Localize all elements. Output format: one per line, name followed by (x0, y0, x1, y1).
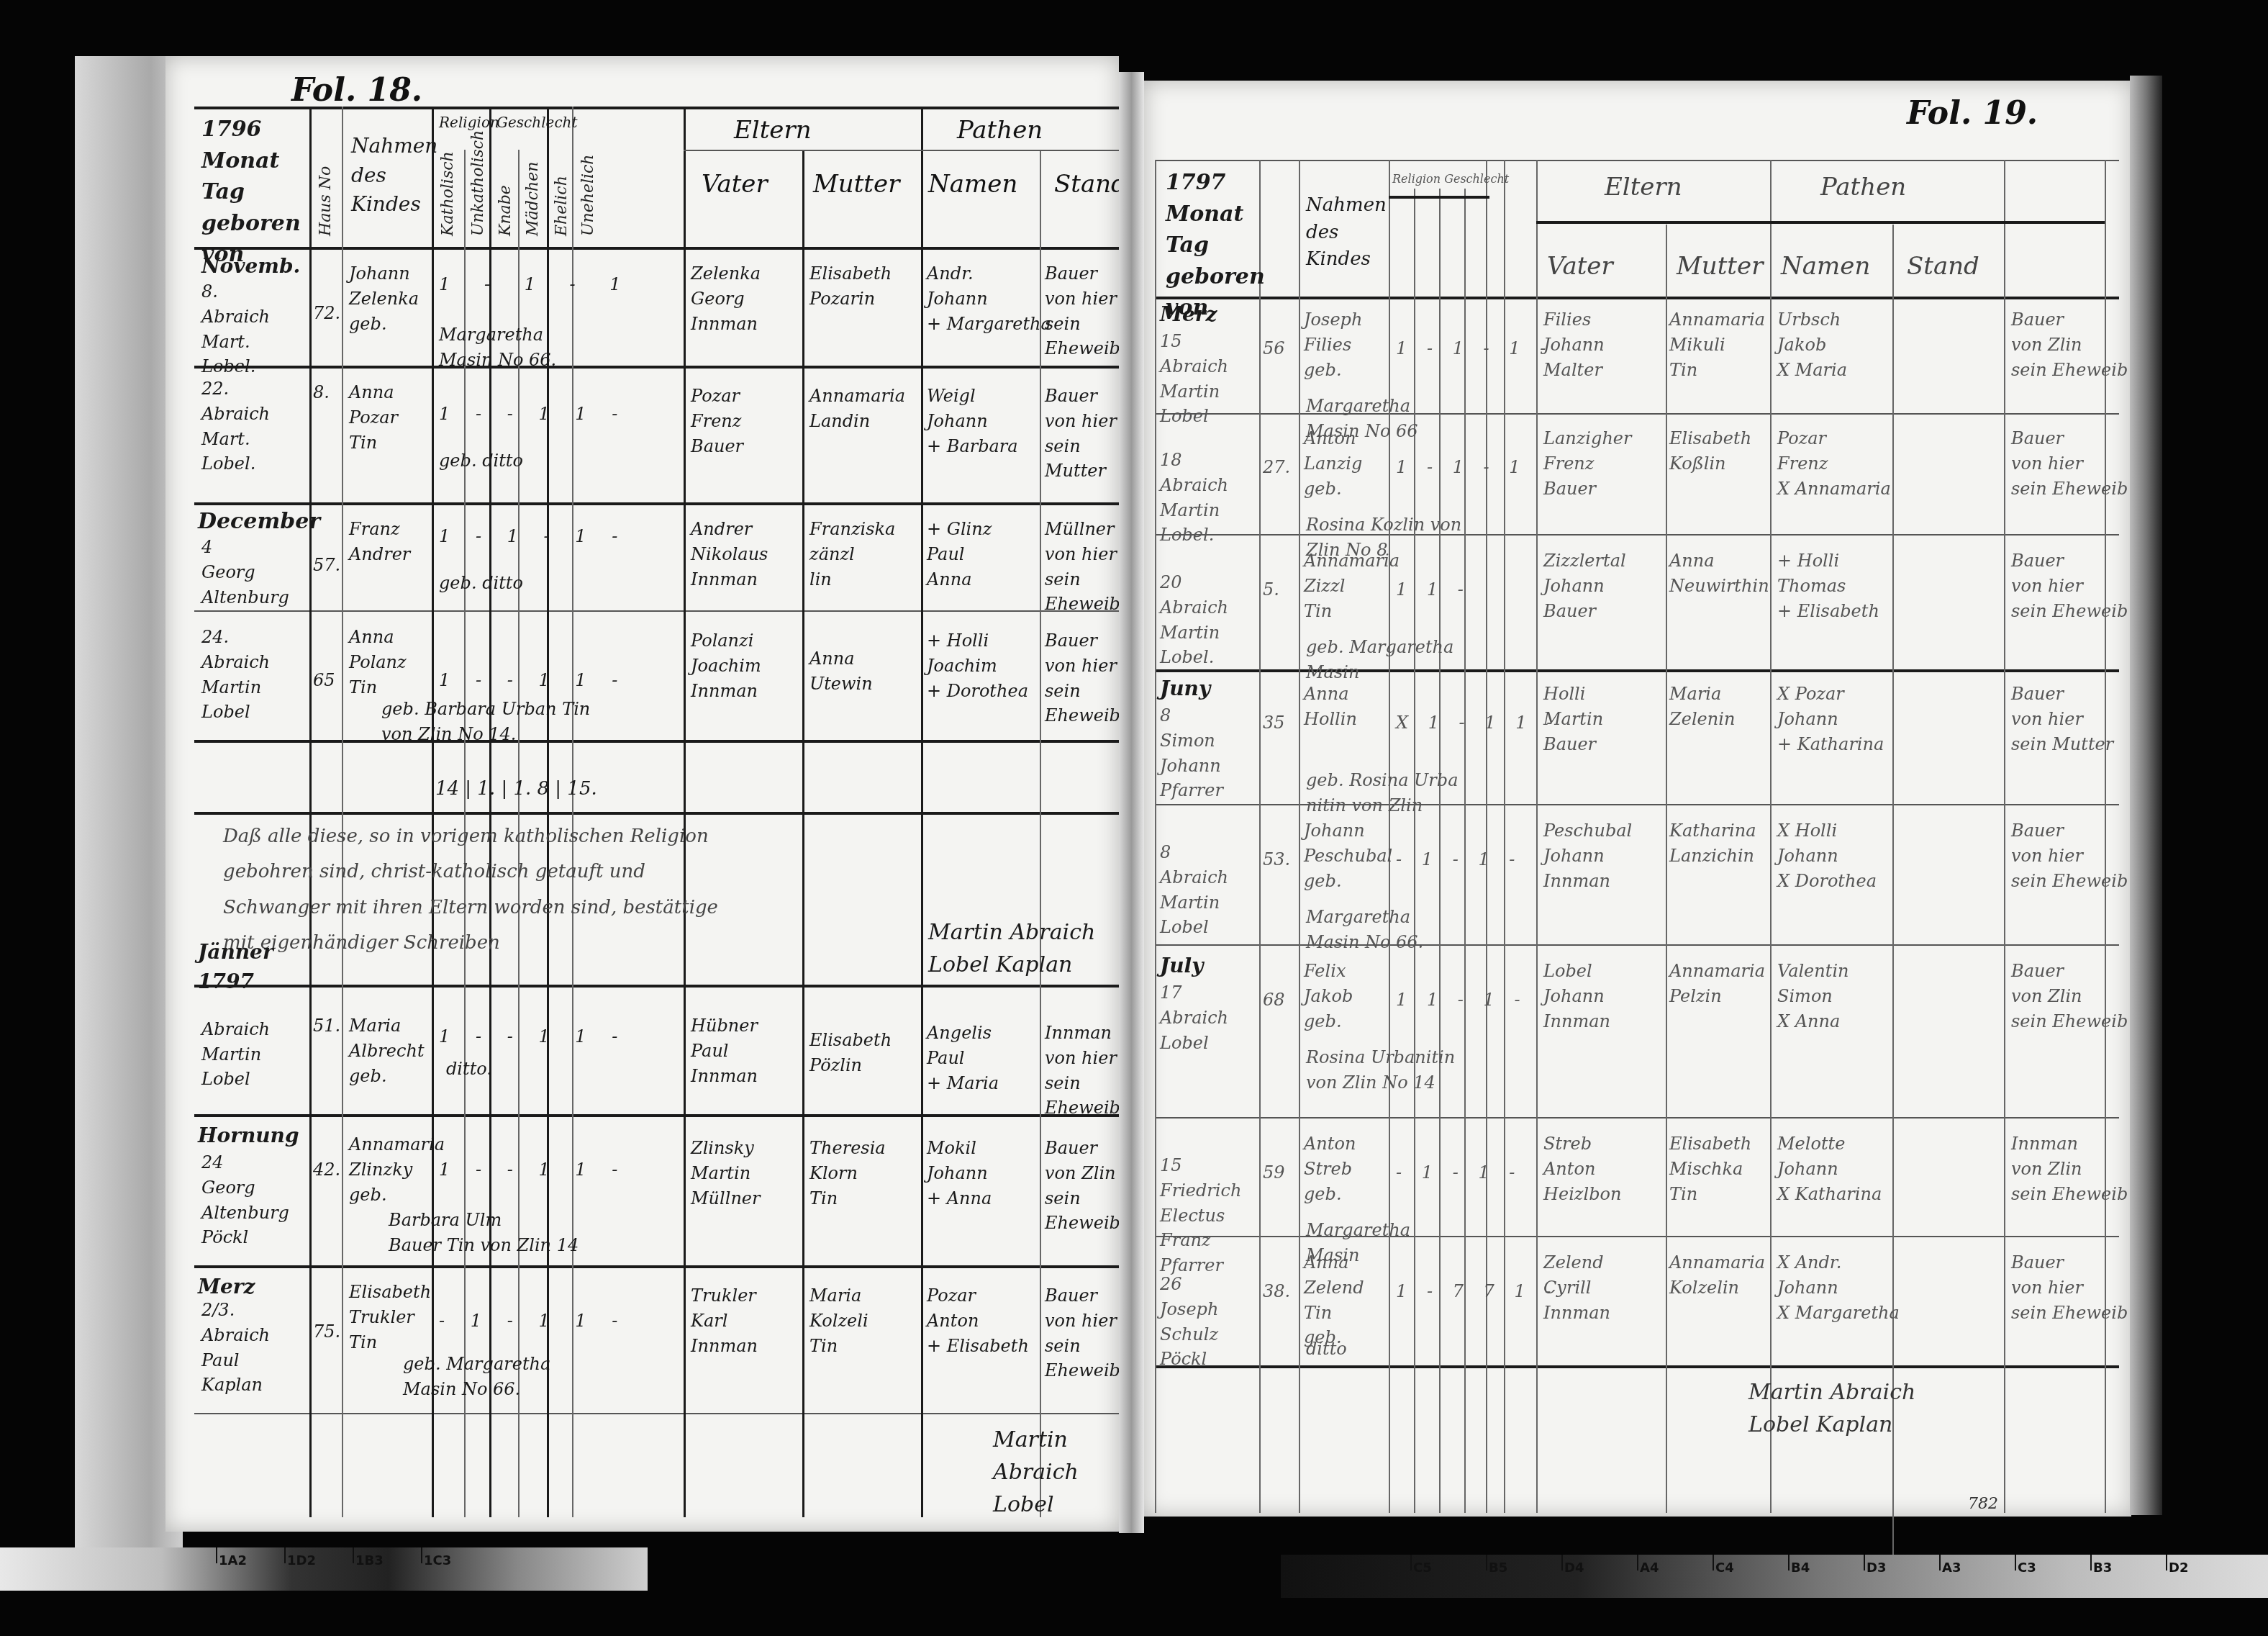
scale-tick (1410, 1555, 1412, 1571)
entry-house: 72. (313, 301, 340, 326)
entry-gp-name: X Andr. Johann X Margaretha (1777, 1250, 1900, 1325)
entry-child: Annamaria Zlinzky geb. (349, 1132, 445, 1207)
scale-label: 1D2 (287, 1553, 316, 1568)
entry-date: 4 Georg Altenburg (201, 535, 289, 610)
month-label: July (1160, 952, 1204, 981)
month-label: December (198, 506, 320, 538)
scale-label: D3 (1866, 1560, 1886, 1576)
month-label: Jänner 1797 (198, 938, 273, 996)
entry-remark: Margaretha Masin No 66. (1306, 905, 1423, 955)
entry-house: 27. (1263, 455, 1290, 480)
entry-mother: Anna Neuwirthin (1669, 548, 1769, 599)
entry-father: Zelenka Georg Innman (691, 261, 761, 336)
godparents-header: Pathen (957, 117, 1043, 144)
entry-father: Zizzlertal Johann Bauer (1543, 548, 1626, 623)
entry-date: 18 Abraich Martin Lobel. (1160, 448, 1228, 548)
entry-child: Elisabeth Trukler Tin (349, 1280, 431, 1355)
bottom-signature: Martin Abraich Lobel Kaplan (1748, 1376, 1915, 1441)
entry-remark: Barbara Ulm Bauer Tin von Zlin 14 (389, 1208, 579, 1258)
entry-gp-status: Bauer von hier sein Eheweib (1045, 261, 1120, 361)
entry-mother: Franziska zänzl lin (809, 517, 895, 592)
entry-mother: Maria Zelenin (1669, 682, 1735, 732)
entry-father: Zelend Cyrill Innman (1543, 1250, 1610, 1325)
month-label: Merz (1160, 300, 1217, 330)
scale-label: C4 (1715, 1560, 1734, 1576)
scale-label: B5 (1489, 1560, 1507, 1576)
gp-name-header: Namen (928, 171, 1017, 198)
parents-header: Eltern (1605, 174, 1682, 201)
entry-marks: - 1 - 1 - (1396, 1160, 1522, 1185)
girl-header: Mädchen (524, 157, 542, 236)
entry-father: Streb Anton Heizlbon (1543, 1131, 1621, 1206)
entry-marks: 1 - - 1 1 - (439, 668, 627, 693)
entry-mother: Annamaria Pelzin (1669, 959, 1765, 1009)
scale-label: D2 (2169, 1560, 2188, 1576)
entry-marks: 1 - 1 - 1 - (439, 524, 627, 549)
scale-label: C5 (1413, 1560, 1432, 1576)
entry-date: 15 Friedrich Electus Franz Pfarrer (1160, 1153, 1241, 1278)
entry-mother: Elisabeth Mischka Tin (1669, 1131, 1751, 1206)
scale-tick (216, 1547, 217, 1563)
entry-date: 22. Abraich Mart. Lobel. (201, 376, 270, 476)
entry-gp-status: Bauer von hier sein Eheweib (1045, 628, 1120, 728)
folio-number: Fol. 19. (1907, 95, 2038, 132)
entry-gp-name: Urbsch Jakob X Maria (1777, 307, 1847, 382)
entry-house: 5. (1263, 577, 1279, 602)
scale-tick (1864, 1555, 1865, 1571)
entry-marks: 1 - 7 7 1 - (1396, 1279, 1558, 1304)
scale-label: D4 (1564, 1560, 1584, 1576)
entry-date: 8 Abraich Martin Lobel (1160, 840, 1228, 940)
scale-label: B4 (1791, 1560, 1810, 1576)
left-page: Fol. 18. 1796 Monat Tag geboren von Haus… (165, 56, 1119, 1532)
entry-mother: Elisabeth Pözlin (809, 1028, 892, 1078)
page-edge (2130, 76, 2162, 1515)
scale-bar-right: C5B5D4A4C4B4D3A3C3B3D2 (1281, 1555, 2268, 1598)
entry-child: Johann Zelenka geb. (349, 261, 419, 336)
entry-marks: 1 1 - 1 - (1396, 988, 1528, 1013)
entry-remark: ditto. (446, 1057, 492, 1082)
entry-house: 53. (1263, 847, 1290, 872)
scale-tick (1561, 1555, 1563, 1571)
entry-mother: Annamaria Kolzelin (1669, 1250, 1765, 1301)
house-column-header: Haus No (317, 121, 335, 236)
entry-father: Holli Martin Bauer (1543, 682, 1603, 756)
scale-tick (284, 1547, 286, 1563)
entry-child: Maria Albrecht geb. (349, 1013, 425, 1088)
entry-gp-status: Bauer von hier sein Eheweib (2011, 548, 2128, 623)
entry-gp-status: Bauer von Zlin sein Eheweib (2011, 959, 2128, 1034)
entry-child: Anton Streb geb. (1304, 1131, 1356, 1206)
entry-house: 75. (313, 1319, 340, 1344)
entry-gp-name: X Pozar Johann + Katharina (1777, 682, 1884, 756)
entry-date: 24 Georg Altenburg Pöckl (201, 1150, 289, 1250)
entry-house: 68 (1263, 988, 1285, 1013)
entry-gp-name: Andr. Johann + Margaretha (927, 261, 1051, 336)
entry-date: 8 Simon Johann Pfarrer (1160, 703, 1223, 803)
godparents-header: Pathen (1820, 174, 1906, 201)
scale-tick (2015, 1555, 2016, 1571)
gp-name-header: Namen (1781, 253, 1870, 280)
entry-gp-name: Pozar Anton + Elisabeth (927, 1283, 1029, 1358)
entry-gp-name: Mokil Johann + Anna (927, 1136, 992, 1211)
entry-gp-status: Bauer von hier sein Eheweib (1045, 1283, 1120, 1383)
scale-label: A4 (1640, 1560, 1659, 1576)
entry-gp-status: Bauer von Zlin sein Eheweib (1045, 1136, 1120, 1236)
entry-father: Peschubal Johann Innman (1543, 818, 1632, 893)
entry-father: Filies Johann Malter (1543, 307, 1605, 382)
right-page: Fol. 19. 1797 Monat Tag geboren von Nahm… (1144, 81, 2131, 1517)
entry-marks: 1 - - 1 1 - (439, 402, 627, 427)
entry-house: 57. (313, 553, 340, 578)
entry-father: Pozar Frenz Bauer (691, 384, 743, 458)
entry-marks: - 1 - 1 1 - (439, 1309, 627, 1334)
entry-gp-status: Bauer von hier sein Mutter (2011, 682, 2113, 756)
entry-child: Felix Jakob geb. (1304, 959, 1353, 1034)
father-header: Vater (1547, 253, 1613, 280)
child-name-header: Nahmen des Kindes (1306, 192, 1387, 274)
entry-mother: Theresia Klorn Tin (809, 1136, 886, 1211)
entry-gp-status: Müllner von hier sein Eheweib (1045, 517, 1120, 617)
scale-tick (1637, 1555, 1638, 1571)
page-gutter (1119, 72, 1144, 1533)
entry-gp-status: Bauer von Zlin sein Eheweib (2011, 307, 2128, 382)
gp-status-header: Stand (1054, 171, 1127, 198)
entry-house: 38. (1263, 1279, 1290, 1304)
entry-gp-status: Bauer von hier sein Eheweib (2011, 1250, 2128, 1325)
month-label: Hornung (198, 1121, 299, 1151)
religion-header: Religion Geschlecht (1392, 171, 1509, 187)
entry-mother: Maria Kolzeli Tin (809, 1283, 868, 1358)
entry-remark: geb. Margaretha Masin No 66. (403, 1352, 550, 1402)
mother-header: Mutter (813, 171, 899, 198)
date-column-header: 1796 Monat Tag geboren von (201, 114, 301, 271)
entry-gp-name: X Holli Johann X Dorothea (1777, 818, 1877, 893)
entry-marks: 1 1 - (1396, 577, 1471, 602)
mother-header: Mutter (1677, 253, 1763, 280)
entry-house: 59 (1263, 1160, 1285, 1185)
entry-gp-status: Bauer von hier sein Eheweib (2011, 818, 2128, 893)
entry-house: 65 (313, 668, 335, 693)
scale-tick (421, 1547, 422, 1563)
entry-mother: Annamaria Mikuli Tin (1669, 307, 1765, 382)
entry-remark: geb. ditto (439, 448, 523, 474)
entry-remark: geb. Rosina Urba nitin von Zlin (1306, 768, 1458, 818)
entry-marks: 1 - 1 - 1 (1396, 455, 1528, 480)
parents-header: Eltern (734, 117, 812, 144)
scale-tick (2090, 1555, 2092, 1571)
entry-gp-status: Bauer von hier sein Eheweib (2011, 426, 2128, 501)
entry-gp-name: + Holli Thomas + Elisabeth (1777, 548, 1879, 623)
entry-gp-name: Pozar Frenz X Annamaria (1777, 426, 1891, 501)
entry-gp-status: Innman von Zlin sein Eheweib (2011, 1131, 2128, 1206)
closing-signature: Martin Abraich Lobel Kaplan (928, 916, 1095, 981)
entry-mother: Elisabeth Koßlin (1669, 426, 1751, 476)
entry-marks: - 1 - 1 - (1396, 847, 1522, 872)
entry-gp-status: Bauer von hier sein Mutter (1045, 384, 1119, 484)
entry-child: Anna Zelend Tin geb. (1304, 1250, 1364, 1350)
totals-row: 14 | 1. | 1. 8 | 15. (435, 776, 597, 803)
child-name-header: Nahmen des Kindes (351, 132, 437, 220)
entry-father: Zlinsky Martin Müllner (691, 1136, 761, 1211)
entry-marks: 1 - - 1 1 - (439, 1157, 627, 1183)
scale-label: A3 (1942, 1560, 1961, 1576)
noncatholic-header: Unkatholisch (469, 157, 487, 236)
entry-gp-name: Weigl Johann + Barbara (927, 384, 1018, 458)
entry-marks: 1 - - 1 1 - (439, 1024, 627, 1049)
page-stamp: 782 (1968, 1495, 1998, 1513)
month-label: Juny (1160, 674, 1210, 704)
entry-father: Polanzi Joachim Innman (691, 628, 761, 703)
entry-date: 17 Abraich Lobel (1160, 980, 1228, 1055)
entry-house: 8. (313, 380, 330, 405)
entry-remark: Margaretha Masin No 66. (439, 322, 556, 373)
entry-child: Johann Peschubal geb. (1304, 818, 1392, 893)
entry-date: 24. Abraich Martin Lobel (201, 625, 270, 725)
entry-child: Anna Polanz Tin (349, 625, 407, 700)
scale-tick (353, 1547, 354, 1563)
entry-date: 20 Abraich Martin Lobel. (1160, 570, 1228, 670)
entry-father: Lobel Johann Innman (1543, 959, 1610, 1034)
entry-remark: geb. Barbara Urban Tin von Zlin No 14. (381, 697, 590, 747)
entry-child: Joseph Filies geb. (1304, 307, 1362, 382)
entry-mother: Katharina Lanzichin (1669, 818, 1756, 869)
scale-label: B3 (2093, 1560, 2112, 1576)
entry-gp-name: Melotte Johann X Katharina (1777, 1131, 1882, 1206)
entry-child: Anna Hollin (1304, 682, 1357, 732)
entry-gp-status: Innman von hier sein Eheweib (1045, 1021, 1120, 1121)
father-header: Vater (702, 171, 768, 198)
entry-marks: X 1 - 1 1 - (1396, 710, 1559, 736)
boy-header: Knabe (496, 157, 514, 236)
entry-house: 56 (1263, 336, 1285, 361)
entry-remark: geb. Margaretha Masin (1306, 635, 1453, 685)
scale-tick (1788, 1555, 1790, 1571)
legitimate-header: Ehelich (553, 128, 571, 236)
entry-remark: geb. ditto (439, 571, 523, 596)
illegitimate-header: Unehelich (579, 128, 597, 236)
entry-gp-name: + Holli Joachim + Dorothea (927, 628, 1028, 703)
entry-child: Franz Andrer (349, 517, 410, 567)
month-label: Novemb. (201, 252, 300, 281)
entry-father: Hübner Paul Innman (691, 1013, 758, 1088)
entry-date: Abraich Martin Lobel (201, 992, 270, 1092)
entry-mother: Elisabeth Pozarin (809, 261, 892, 312)
entry-date: 2/3. Abraich Paul Kaplan (201, 1298, 270, 1398)
entry-remark: ditto (1306, 1337, 1347, 1362)
scale-label: 1A2 (219, 1553, 247, 1568)
entry-father: Andrer Nikolaus Innman (691, 517, 768, 592)
entry-remark: Rosina Urbanitin von Zlin No 14 (1306, 1045, 1455, 1095)
entry-house: 51. (313, 1013, 340, 1039)
entry-child: Anton Lanzig geb. (1304, 426, 1362, 501)
entry-marks: 1 - 1 - 1 (439, 272, 635, 297)
entry-father: Trukler Karl Innman (691, 1283, 758, 1358)
scale-bar-left: 1A21D21B31C3 (0, 1547, 648, 1591)
entry-house: 42. (313, 1157, 340, 1183)
bottom-signature: Martin Abraich Lobel (993, 1424, 1119, 1521)
entry-child: Anna Pozar Tin (349, 380, 398, 455)
entry-mother: Annamaria Landin (809, 384, 905, 434)
entry-mother: Anna Utewin (809, 646, 873, 697)
entry-date: 26 Joseph Schulz Pöckl (1160, 1272, 1218, 1372)
scale-tick (2166, 1555, 2167, 1571)
folio-number: Fol. 18. (291, 72, 422, 109)
entry-gp-name: Angelis Paul + Maria (927, 1021, 999, 1095)
entry-date: 15 Abraich Martin Lobel (1160, 329, 1228, 429)
entry-marks: 1 - 1 - 1 - (1396, 336, 1553, 361)
entry-house: 35 (1263, 710, 1285, 736)
scale-tick (1486, 1555, 1487, 1571)
entry-child: Annamaria Zizzl Tin (1304, 548, 1400, 623)
scale-label: 1B3 (355, 1553, 384, 1568)
scale-label: C3 (2018, 1560, 2036, 1576)
scale-tick (1713, 1555, 1714, 1571)
gp-status-header: Stand (1907, 253, 1979, 280)
entry-gp-name: Valentin Simon X Anna (1777, 959, 1849, 1034)
entry-date: 8. Abraich Mart. Lobel. (201, 279, 270, 379)
catholic-header: Katholisch (439, 157, 457, 236)
scale-tick (1939, 1555, 1941, 1571)
entry-father: Lanzigher Frenz Bauer (1543, 426, 1632, 501)
scale-label: 1C3 (424, 1553, 451, 1568)
entry-gp-name: + Glinz Paul Anna (927, 517, 992, 592)
